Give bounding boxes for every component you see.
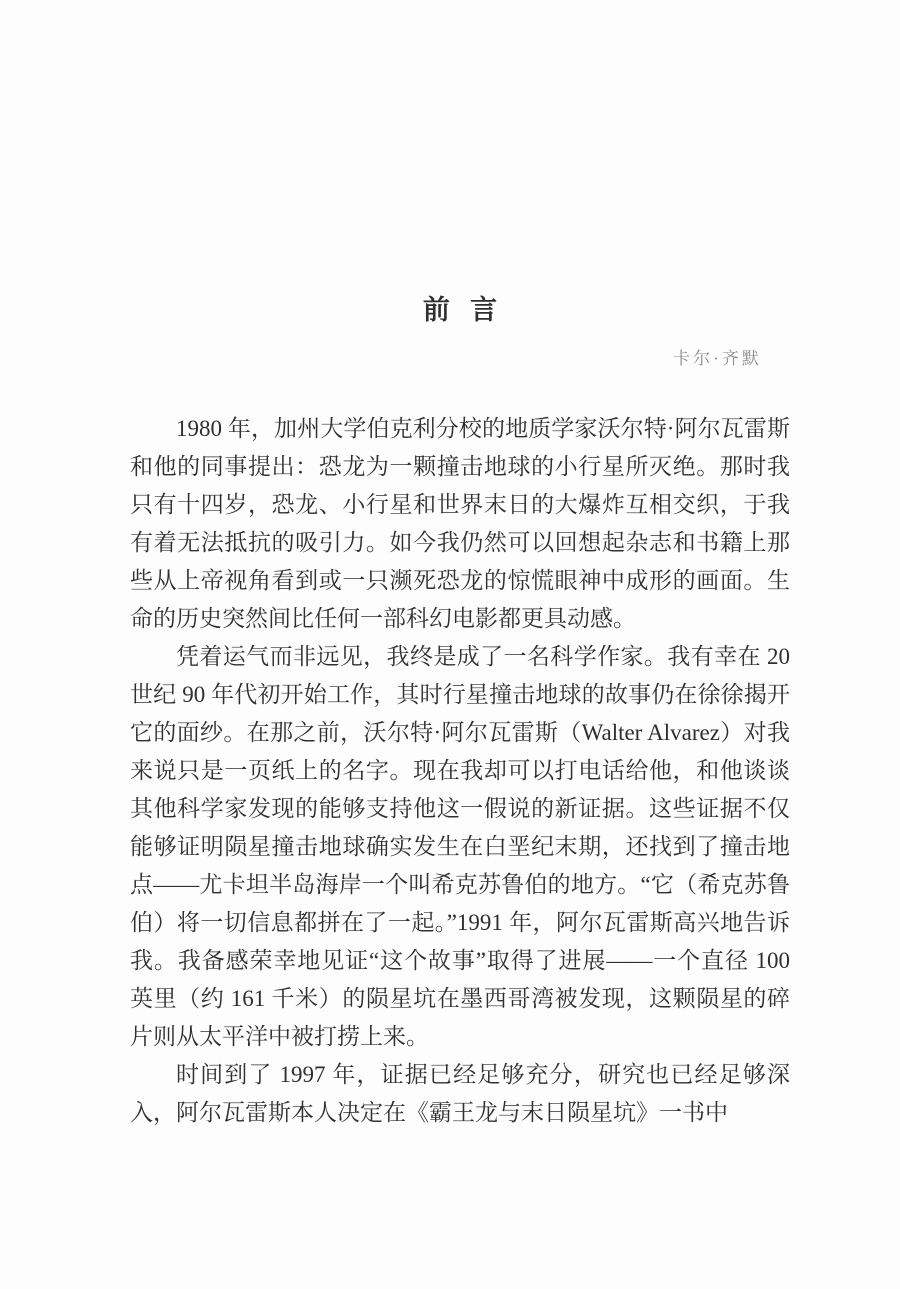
paragraph-1: 1980 年，加州大学伯克利分校的地质学家沃尔特·阿尔瓦雷斯和他的同事提出：恐龙… xyxy=(130,410,790,638)
body-text: 1980 年，加州大学伯克利分校的地质学家沃尔特·阿尔瓦雷斯和他的同事提出：恐龙… xyxy=(130,410,790,1132)
paragraph-2: 凭着运气而非远见，我终是成了一名科学作家。我有幸在 20 世纪 90 年代初开始… xyxy=(130,638,790,1056)
book-page: 前 言 卡尔·齐默 1980 年，加州大学伯克利分校的地质学家沃尔特·阿尔瓦雷斯… xyxy=(0,0,900,1289)
paragraph-3: 时间到了 1997 年，证据已经足够充分，研究也已经足够深入，阿尔瓦雷斯本人决定… xyxy=(130,1056,790,1132)
chapter-title: 前 言 xyxy=(130,288,790,327)
preface-content: 前 言 卡尔·齐默 1980 年，加州大学伯克利分校的地质学家沃尔特·阿尔瓦雷斯… xyxy=(130,0,790,1132)
author-byline: 卡尔·齐默 xyxy=(130,344,790,369)
